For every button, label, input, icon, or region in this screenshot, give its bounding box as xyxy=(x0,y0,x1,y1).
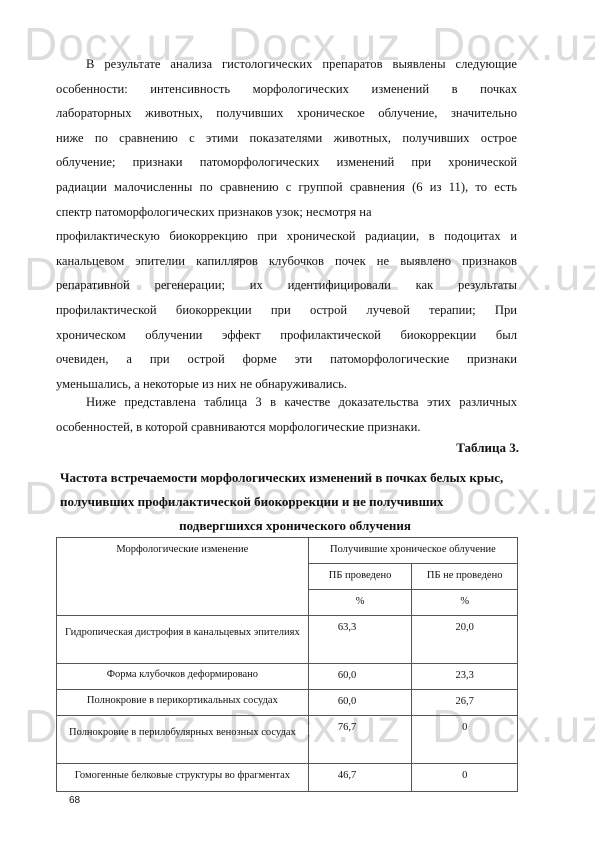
table-row: Гидропическая дистрофия в канальцевых эп… xyxy=(57,616,518,664)
table-header-row: Морфологические изменение Получившие хро… xyxy=(57,538,518,564)
table-row: Гомогенные белковые структуры во фрагмен… xyxy=(57,764,518,792)
table-row: Полнокровие в перилобулярных венозных со… xyxy=(57,716,518,764)
text-line: хроническом облучении эффект профилактич… xyxy=(56,323,517,348)
text-line: репаративной регенерации; их идентифицир… xyxy=(56,273,517,298)
morphology-table: Морфологические изменение Получившие хро… xyxy=(56,537,518,792)
table-row: Полнокровие в перикортикальных сосудах 6… xyxy=(57,690,518,716)
value-pb-done: 60,0 xyxy=(308,690,412,716)
row-label: Полнокровие в перилобулярных венозных со… xyxy=(57,716,309,764)
value-pb-not-done: 0 xyxy=(412,764,518,792)
text-line: В результате анализа гистологических пре… xyxy=(56,52,517,77)
text-line: лабораторных животных, получивших хронич… xyxy=(56,101,517,126)
document-page: В результате анализа гистологических пре… xyxy=(0,0,595,842)
text-line: Ниже представлена таблица 3 в качестве д… xyxy=(56,390,517,415)
unit-pb-done: % xyxy=(308,590,412,616)
row-label: Полнокровие в перикортикальных сосудах xyxy=(57,690,309,716)
text-line: спектр патоморфологических признаков узо… xyxy=(56,200,517,225)
table-row: Форма клубочков деформировано 60,0 23,3 xyxy=(57,664,518,690)
text-line: профилактическую биокоррекцию при хронич… xyxy=(56,224,517,249)
header-pb-done: ПБ проведено xyxy=(308,564,412,590)
row-label: Гомогенные белковые структуры во фрагмен… xyxy=(57,764,309,792)
unit-pb-not-done: % xyxy=(412,590,518,616)
table-title-line: подвергшихся хронического облучения xyxy=(60,514,550,538)
value-pb-done: 46,7 xyxy=(308,764,412,792)
row-label: Форма клубочков деформировано xyxy=(57,664,309,690)
header-pb-not-done: ПБ не проведено xyxy=(412,564,518,590)
header-morphology: Морфологические изменение xyxy=(57,538,309,616)
text-line: канальцевом эпителии капилляров клубочко… xyxy=(56,249,517,274)
value-pb-done: 76,7 xyxy=(308,716,412,764)
paragraph-table-intro: Ниже представлена таблица 3 в качестве д… xyxy=(56,390,517,439)
value-pb-not-done: 26,7 xyxy=(412,690,518,716)
value-pb-done: 60,0 xyxy=(308,664,412,690)
table-title-line: Частота встречаемости морфологических из… xyxy=(60,466,550,490)
page-number: 68 xyxy=(69,795,80,806)
value-pb-not-done: 0 xyxy=(412,716,518,764)
text-line: особенностей, в которой сравниваются мор… xyxy=(56,415,517,440)
header-chronic-group: Получившие хроническое облучение xyxy=(308,538,517,564)
text-line: особенности: интенсивность морфологическ… xyxy=(56,77,517,102)
text-line: профилактической биокоррекции при острой… xyxy=(56,298,517,323)
value-pb-not-done: 20,0 xyxy=(412,616,518,664)
text-line: ниже по сравнению с этими показателями ж… xyxy=(56,126,517,151)
table-number-label: Таблица 3. xyxy=(456,440,519,456)
value-pb-not-done: 23,3 xyxy=(412,664,518,690)
value-pb-done: 63,3 xyxy=(308,616,412,664)
paragraph-results: В результате анализа гистологических пре… xyxy=(56,52,517,396)
text-line: радиации малочисленны по сравнению с гру… xyxy=(56,175,517,200)
table-title-line: получивших профилактической биокоррекции… xyxy=(60,490,550,514)
text-line: очевиден, а при острой форме эти патомор… xyxy=(56,347,517,372)
table-title: Частота встречаемости морфологических из… xyxy=(60,466,550,538)
row-label: Гидропическая дистрофия в канальцевых эп… xyxy=(57,616,309,664)
text-line: облучение; признаки патоморфологических … xyxy=(56,150,517,175)
